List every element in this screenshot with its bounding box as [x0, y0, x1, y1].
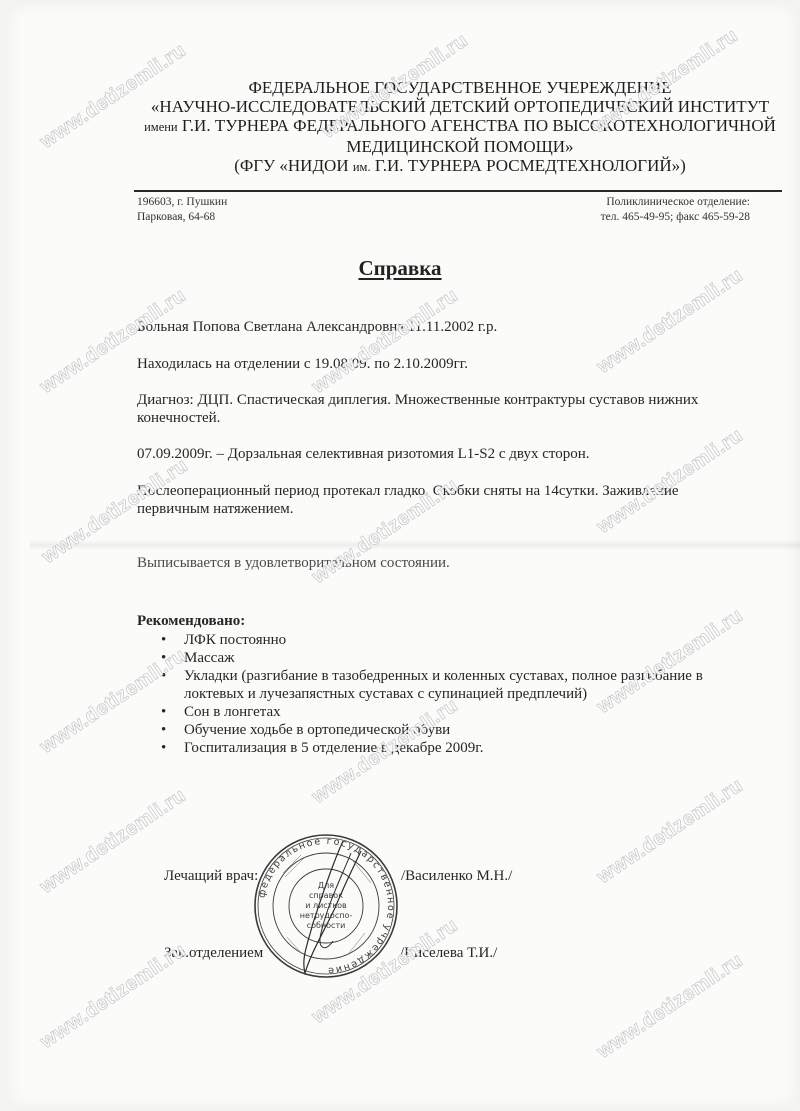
doctor-name: /Василенко М.Н./ — [401, 868, 512, 885]
patient-line: Больная Попова Светлана Александровна 11… — [137, 318, 777, 336]
list-item: •Сон в лонгетах — [137, 703, 777, 721]
recommendations-title: Рекомендовано: — [137, 612, 777, 630]
head-name: /Киселева Т.И./ — [400, 945, 497, 962]
header-line-2: «НАУЧНО-ИССЛЕДОВАТЕЛЬСКИЙ ДЕТСКИЙ ОРТОПЕ… — [130, 97, 790, 116]
doctor-label: Лечащий врач: — [164, 868, 258, 885]
header-divider — [134, 190, 782, 192]
discharge-status: Выписывается в удовлетворительном состоя… — [137, 554, 777, 572]
stay-period: Находилась на отделении с 19.08.09. по 2… — [137, 355, 777, 373]
postop-course: Послеоперационный период протекал гладко… — [137, 482, 777, 518]
clinic-contacts: Поликлиническое отделение: тел. 465-49-9… — [601, 195, 750, 225]
document-title: Справка — [0, 256, 800, 281]
header-line-3: имени Г.И. ТУРНЕРА ФЕДЕРАЛЬНОГО АГЕНСТВА… — [130, 116, 790, 137]
list-item: •Госпитализация в 5 отделение в декабре … — [137, 739, 777, 757]
official-stamp-icon: федеральное государственное учреждение Д… — [253, 833, 399, 979]
diagnosis: Диагноз: ДЦП. Спастическая диплегия. Мно… — [137, 391, 777, 427]
paper-fold-line — [30, 540, 800, 550]
svg-text:и листков: и листков — [305, 901, 347, 910]
header-line-1: ФЕДЕРАЛЬНОЕ ГОСУДАРСТВЕННОЕ УЧЕРЕЖДЕНИЕ — [130, 78, 790, 97]
postal-address: 196603, г. Пушкин Парковая, 64-68 — [137, 195, 227, 225]
recommendations-list: •ЛФК постоянно •Массаж •Укладки (разгиба… — [137, 631, 777, 757]
header-line-5: (ФГУ «НИДОИ им. Г.И. ТУРНЕРА РОСМЕДТЕХНО… — [130, 156, 790, 177]
list-item: •Массаж — [137, 649, 777, 667]
header-line-4: МЕДИЦИНСКОЙ ПОМОЩИ» — [130, 137, 790, 156]
institution-header: ФЕДЕРАЛЬНОЕ ГОСУДАРСТВЕННОЕ УЧЕРЕЖДЕНИЕ … — [130, 78, 790, 177]
head-label: Зав.отделением — [164, 945, 263, 962]
list-item: •ЛФК постоянно — [137, 631, 777, 649]
list-item: •Обучение ходьбе в ортопедической обуви — [137, 721, 777, 739]
list-item: •Укладки (разгибание в тазобедренных и к… — [137, 667, 777, 703]
svg-text:справок: справок — [309, 891, 343, 900]
operation: 07.09.2009г. – Дорзальная селективная ри… — [137, 445, 777, 463]
